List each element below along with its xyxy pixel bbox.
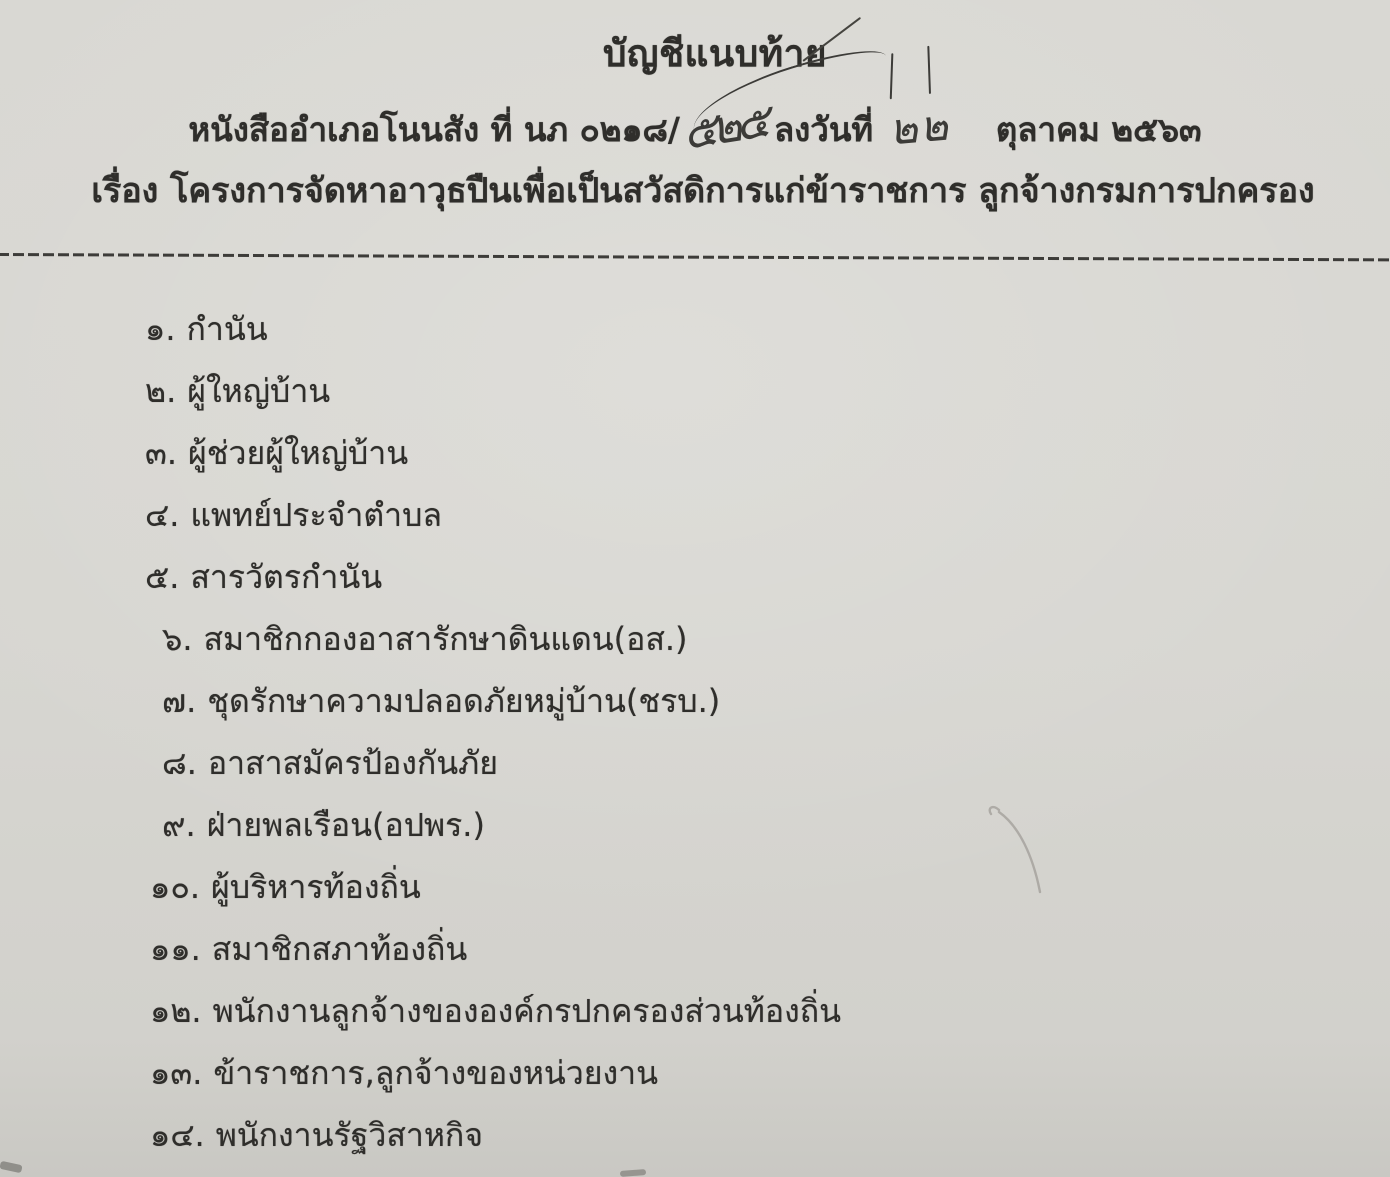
item-text: กำนัน [186, 304, 267, 355]
dashed-separator [0, 253, 1390, 262]
list-item: ๗. ชุดรักษาความปลอดภัยหมู่บ้าน(ชรบ.) [0, 670, 1390, 732]
item-text: ผู้บริหารท้องถิ่น [211, 862, 421, 913]
item-number: ๗. [162, 676, 196, 727]
handwritten-day-number: ๒๒ [886, 90, 952, 163]
reference-line: หนังสืออำเภอโนนสัง ที่ นภ ๐๒๑๘/ ๕๒๕ ลงวั… [0, 92, 1390, 160]
list-item: ๑๑. สมาชิกสภาท้องถิ่น [0, 918, 1390, 980]
item-text: ชุดรักษาความปลอดภัยหมู่บ้าน(ชรบ.) [207, 676, 720, 727]
list-item: ๘. อาสาสมัครป้องกันภัย [0, 732, 1390, 794]
item-number: ๒. [145, 366, 176, 417]
reference-prefix: หนังสืออำเภอโนนสัง ที่ นภ ๐๒๑๘/ [188, 103, 680, 156]
item-number: ๑๔. [150, 1110, 205, 1161]
item-text: สมาชิกสภาท้องถิ่น [212, 924, 467, 975]
item-text: แพทย์ประจำตำบล [190, 490, 442, 541]
item-number: ๑๓. [150, 1048, 202, 1099]
item-text: ผู้ใหญ่บ้าน [187, 366, 330, 417]
list-item: ๖. สมาชิกกองอาสารักษาดินแดน(อส.) [0, 608, 1390, 670]
list-item: ๑๓. ข้าราชการ,ลูกจ้างของหน่วยงาน [0, 1042, 1390, 1104]
item-number: ๑๒. [150, 986, 202, 1037]
list-item: ๓. ผู้ช่วยผู้ใหญ่บ้าน [0, 422, 1390, 484]
item-number: ๑๑. [150, 924, 201, 975]
item-number: ๑. [145, 304, 175, 355]
item-number: ๔. [145, 490, 179, 541]
item-number: ๘. [162, 738, 197, 789]
item-text: พนักงานลูกจ้างขององค์กรปกครองส่วนท้องถิ่… [213, 986, 841, 1037]
item-text: ฝ่ายพลเรือน(อปพร.) [207, 800, 485, 851]
list-item: ๑๐. ผู้บริหารท้องถิ่น [0, 856, 1390, 918]
list-item: ๒. ผู้ใหญ่บ้าน [0, 360, 1390, 422]
list-item: ๕. สารวัตรกำนัน [0, 546, 1390, 608]
handwritten-document-number: ๕๒๕ [683, 121, 764, 134]
item-text: ผู้ช่วยผู้ใหญ่บ้าน [188, 428, 408, 479]
item-text: สมาชิกกองอาสารักษาดินแดน(อส.) [203, 614, 687, 665]
subject-line: เรื่อง โครงการจัดหาอาวุธปืนเพื่อเป็นสวัส… [8, 163, 1390, 217]
item-text: อาสาสมัครป้องกันภัย [208, 738, 498, 789]
list-item: ๑๔. พนักงานรัฐวิสาหกิจ [0, 1104, 1390, 1166]
item-number: ๑๐. [150, 862, 200, 913]
list-item: ๔. แพทย์ประจำตำบล [0, 484, 1390, 546]
role-list: ๑. กำนัน ๒. ผู้ใหญ่บ้าน ๓. ผู้ช่วยผู้ใหญ… [0, 298, 1390, 1166]
month-year-text: ตุลาคม ๒๕๖๓ [996, 103, 1202, 156]
edge-smudge [620, 1169, 646, 1177]
item-text: พนักงานรัฐวิสาหกิจ [216, 1110, 483, 1161]
item-text: สารวัตรกำนัน [190, 552, 382, 603]
item-text: ข้าราชการ,ลูกจ้างของหน่วยงาน [213, 1048, 658, 1099]
item-number: ๙. [162, 800, 196, 851]
item-number: ๖. [162, 614, 192, 665]
list-item: ๑. กำนัน [0, 298, 1390, 360]
document-title: บัญชีแนบท้าย [20, 24, 1390, 83]
item-number: ๓. [145, 428, 177, 479]
item-number: ๕. [145, 552, 179, 603]
scanned-page: บัญชีแนบท้าย หนังสืออำเภอโนนสัง ที่ นภ ๐… [0, 0, 1390, 1177]
list-item: ๙. ฝ่ายพลเรือน(อปพร.) [0, 794, 1390, 856]
list-item: ๑๒. พนักงานลูกจ้างขององค์กรปกครองส่วนท้อ… [0, 980, 1390, 1042]
